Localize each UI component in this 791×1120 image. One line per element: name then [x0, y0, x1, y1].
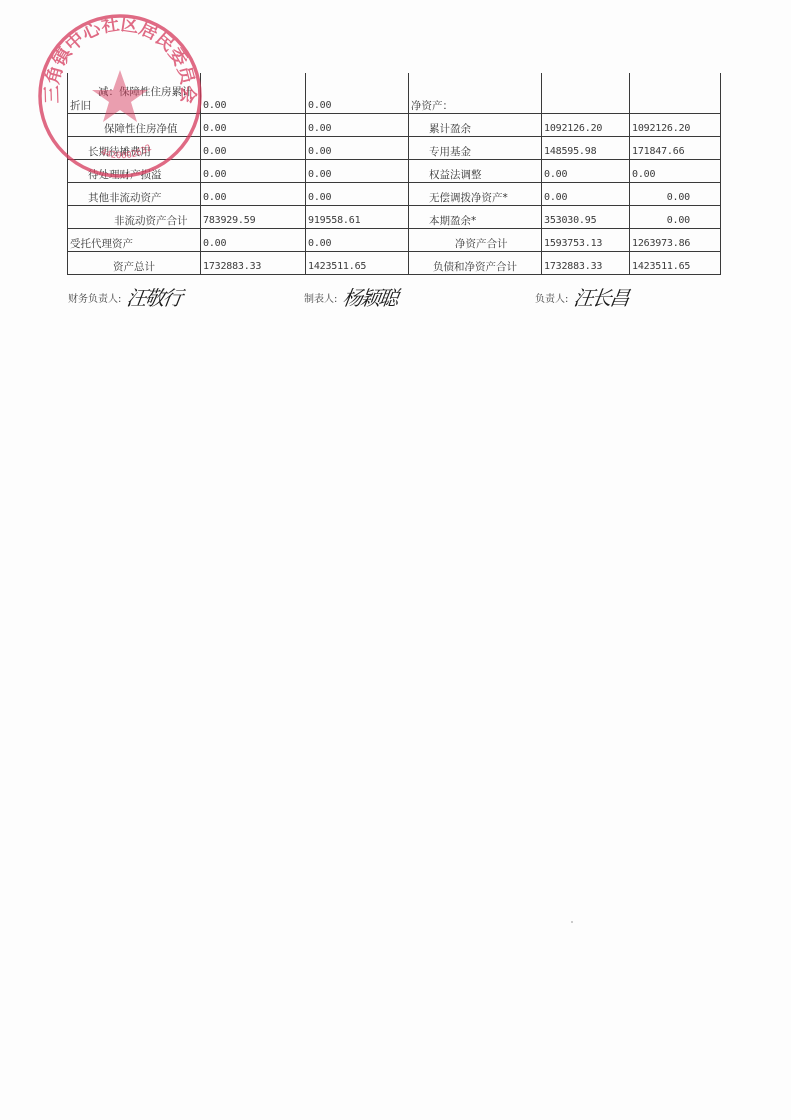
- row-label: 资产总计: [68, 252, 201, 275]
- row-label: 其他非流动资产: [68, 183, 201, 206]
- value-cell: 0.00: [542, 160, 630, 183]
- balance-sheet-table: 减：保障性住房累计 折旧 0.00 0.00 净资产： 保障性住房净值 0.00…: [67, 73, 721, 275]
- value-cell: 0.00: [306, 73, 409, 114]
- table-row: 其他非流动资产 0.00 0.00 无偿调拨净资产* 0.00 0.00: [68, 183, 721, 206]
- value-cell: 0.00: [630, 183, 721, 206]
- row-label: 无偿调拨净资产*: [409, 183, 542, 206]
- value-cell: 0.00: [630, 206, 721, 229]
- value-cell: 1423511.65: [630, 252, 721, 275]
- table-row: 受托代理资产 0.00 0.00 净资产合计 1593753.13 126397…: [68, 229, 721, 252]
- value-cell: 0.00: [542, 183, 630, 206]
- row-label: 受托代理资产: [68, 229, 201, 252]
- value-cell: 783929.59: [201, 206, 306, 229]
- value-cell: [542, 73, 630, 114]
- value-cell: 0.00: [201, 229, 306, 252]
- finance-head-signature: 汪敬行: [125, 282, 183, 311]
- row-label: 累计盈余: [409, 114, 542, 137]
- value-cell: 1263973.86: [630, 229, 721, 252]
- value-cell: 148595.98: [542, 137, 630, 160]
- value-cell: 0.00: [201, 183, 306, 206]
- table-row: 资产总计 1732883.33 1423511.65 负债和净资产合计 1732…: [68, 252, 721, 275]
- value-cell: 919558.61: [306, 206, 409, 229]
- signature-footer: 财务负责人: 汪敬行 制表人: 杨颖聪 负责人: 汪长昌: [68, 284, 728, 320]
- value-cell: 171847.66: [630, 137, 721, 160]
- table-row: 长期待摊费用 0.00 0.00 专用基金 148595.98 171847.6…: [68, 137, 721, 160]
- row-label: 非流动资产合计: [68, 206, 201, 229]
- value-cell: 1092126.20: [630, 114, 721, 137]
- row-label: 权益法调整: [409, 160, 542, 183]
- principal-signature-block: 负责人: 汪长昌: [535, 290, 628, 311]
- row-label: 减：保障性住房累计 折旧: [68, 73, 201, 114]
- row-label: 待处理财产损溢: [68, 160, 201, 183]
- value-cell: 0.00: [630, 160, 721, 183]
- row-label: 保障性住房净值: [68, 114, 201, 137]
- value-cell: 1423511.65: [306, 252, 409, 275]
- row-label: 专用基金: [409, 137, 542, 160]
- value-cell: 0.00: [306, 137, 409, 160]
- value-cell: 0.00: [306, 160, 409, 183]
- value-cell: 0.00: [201, 160, 306, 183]
- value-cell: 0.00: [201, 73, 306, 114]
- value-cell: 1593753.13: [542, 229, 630, 252]
- value-cell: 1732883.33: [201, 252, 306, 275]
- principal-signature: 汪长昌: [572, 282, 630, 311]
- principal-label: 负责人:: [535, 290, 568, 305]
- value-cell: 0.00: [201, 137, 306, 160]
- value-cell: 0.00: [201, 114, 306, 137]
- value-cell: 1092126.20: [542, 114, 630, 137]
- document-page: 减：保障性住房累计 折旧 0.00 0.00 净资产： 保障性住房净值 0.00…: [0, 0, 791, 1120]
- scan-speck: [571, 921, 573, 923]
- table-row: 保障性住房净值 0.00 0.00 累计盈余 1092126.20 109212…: [68, 114, 721, 137]
- preparer-signature-block: 制表人: 杨颖聪: [304, 290, 397, 311]
- row-label: 净资产：: [409, 73, 542, 114]
- preparer-label: 制表人:: [304, 290, 337, 305]
- finance-head-label: 财务负责人:: [68, 290, 121, 305]
- preparer-signature: 杨颖聪: [341, 282, 399, 311]
- table-row: 减：保障性住房累计 折旧 0.00 0.00 净资产：: [68, 73, 721, 114]
- value-cell: 0.00: [306, 183, 409, 206]
- table-row: 非流动资产合计 783929.59 919558.61 本期盈余* 353030…: [68, 206, 721, 229]
- value-cell: 1732883.33: [542, 252, 630, 275]
- table-row: 待处理财产损溢 0.00 0.00 权益法调整 0.00 0.00: [68, 160, 721, 183]
- finance-head-signature-block: 财务负责人: 汪敬行: [68, 290, 181, 311]
- row-label: 负债和净资产合计: [409, 252, 542, 275]
- value-cell: [630, 73, 721, 114]
- row-label: 净资产合计: [409, 229, 542, 252]
- value-cell: 0.00: [306, 229, 409, 252]
- row-label: 本期盈余*: [409, 206, 542, 229]
- value-cell: 0.00: [306, 114, 409, 137]
- value-cell: 353030.95: [542, 206, 630, 229]
- row-label: 长期待摊费用: [68, 137, 201, 160]
